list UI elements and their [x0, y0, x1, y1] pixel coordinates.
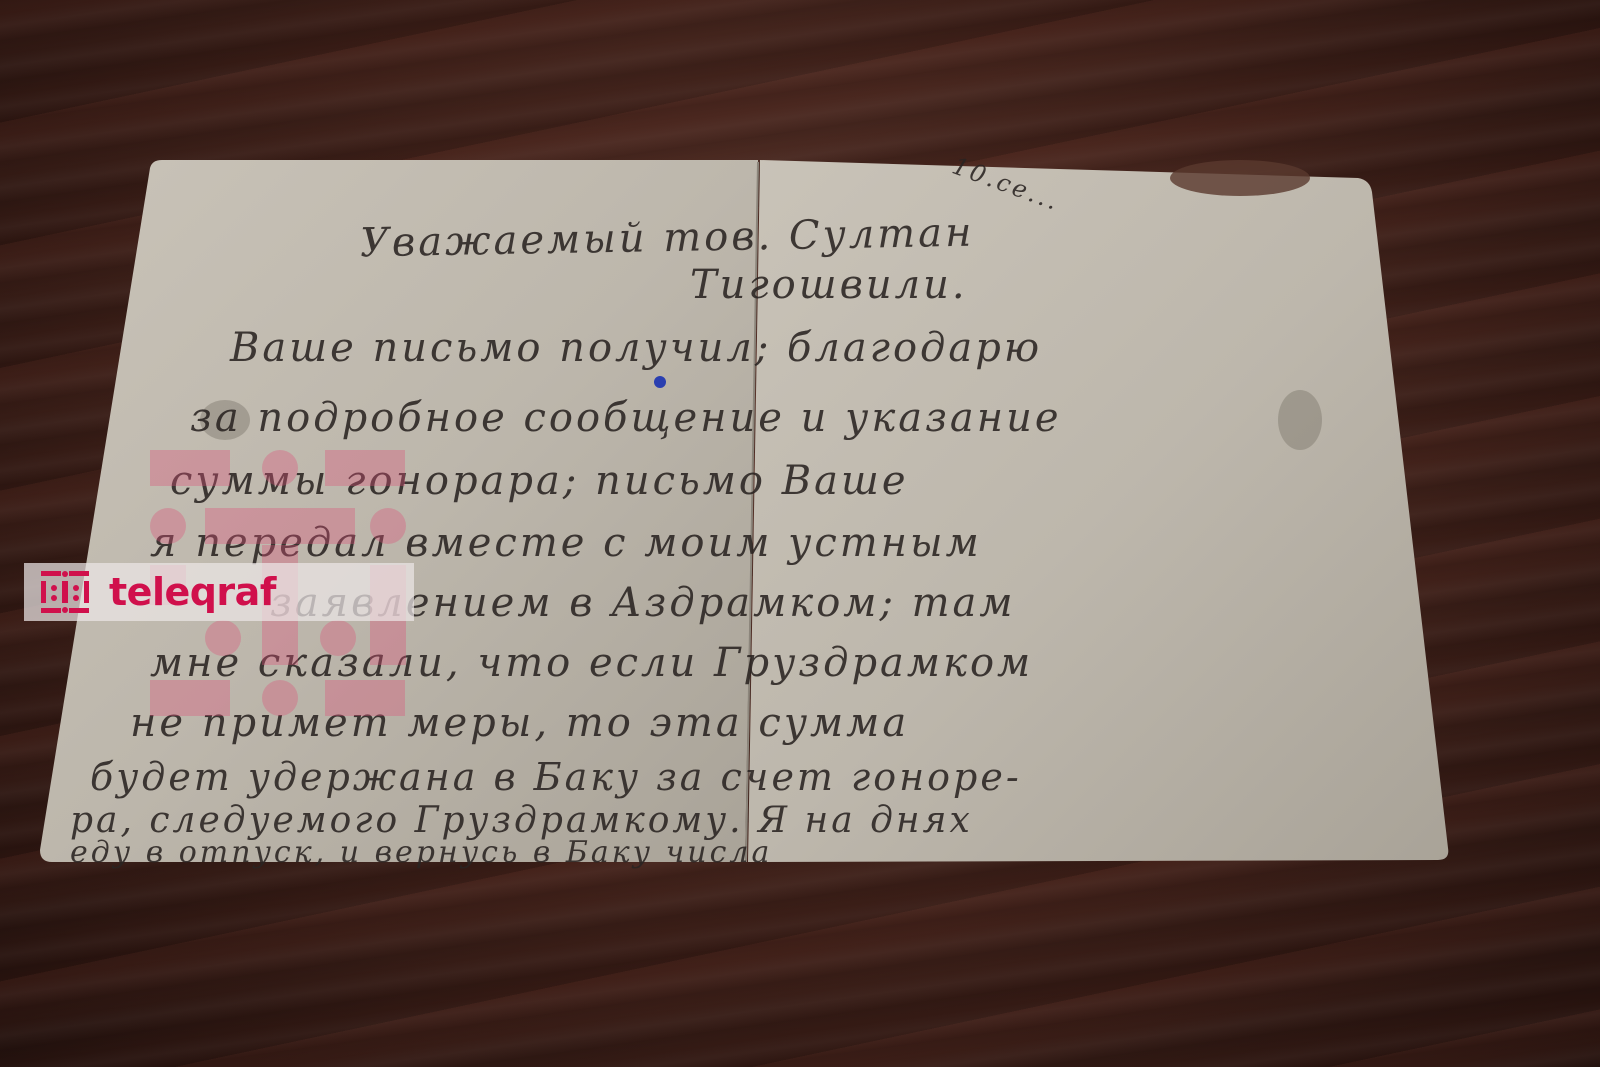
teleqraf-logo-icon [41, 571, 89, 613]
teleqraf-logo: teleqraf [24, 563, 414, 621]
teleqraf-logo-text: teleqraf [109, 570, 276, 614]
letter-line: Ваше письмо получил; благодарю [230, 325, 1042, 371]
letter-line: еду в отпуск, и вернусь в Баку числа [70, 835, 772, 870]
photo-scene: 10.се... Уважаемый тов. Султан Тигошвили… [0, 0, 1600, 1067]
letter-line: будет удержана в Баку за счет гоноре- [90, 755, 1022, 799]
letter-line: за подробное сообщение и указание [190, 395, 1062, 441]
letter-line: Тигошвили. [690, 262, 968, 308]
